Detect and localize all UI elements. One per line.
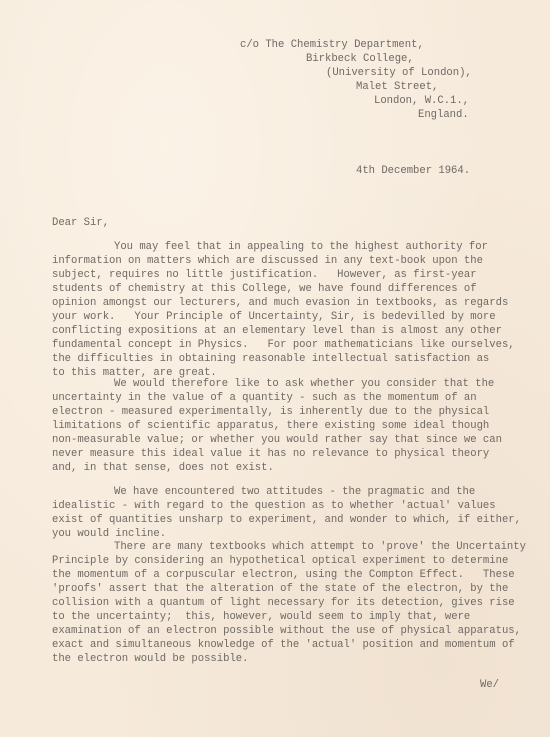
paragraph-line: the electron would be possible. bbox=[52, 653, 248, 666]
paragraph-line: We would therefore like to ask whether y… bbox=[114, 378, 494, 391]
paragraph-line: non-measurable value; or whether you wou… bbox=[52, 434, 502, 447]
paragraph-line: you would incline. bbox=[52, 528, 166, 541]
paragraph-line: You may feel that in appealing to the hi… bbox=[114, 241, 488, 254]
paragraph-line: electron - measured experimentally, is i… bbox=[52, 406, 489, 419]
paragraph-line: exact and simultaneous knowledge of the … bbox=[52, 639, 515, 652]
paragraph-line: examination of an electron possible with… bbox=[52, 625, 521, 638]
letter-date: 4th December 1964. bbox=[356, 165, 470, 178]
address-line: Birkbeck College, bbox=[306, 53, 414, 66]
address-line: London, W.C.1., bbox=[374, 95, 469, 108]
paragraph-line: to the uncertainty; this, however, would… bbox=[52, 611, 470, 624]
paragraph-line: fundamental concept in Physics. For poor… bbox=[52, 339, 515, 352]
paragraph-line: subject, requires no little justificatio… bbox=[52, 269, 477, 282]
address-line: (University of London), bbox=[326, 67, 472, 80]
paragraph-line: opinion amongst our lecturers, and much … bbox=[52, 297, 508, 310]
paragraph-line: We have encountered two attitudes - the … bbox=[114, 486, 475, 499]
continuation-mark: We/ bbox=[480, 679, 499, 692]
address-line: Malet Street, bbox=[356, 81, 438, 94]
paragraph-line: There are many textbooks which attempt t… bbox=[114, 541, 526, 554]
paragraph-line: information on matters which are discuss… bbox=[52, 255, 483, 268]
paragraph-line: and, in that sense, does not exist. bbox=[52, 462, 274, 475]
paragraph-line: students of chemistry at this College, w… bbox=[52, 283, 477, 296]
paragraph-line: collision with a quantum of light necess… bbox=[52, 597, 515, 610]
address-line: c/o The Chemistry Department, bbox=[240, 39, 424, 52]
paragraph-line: idealistic - with regard to the question… bbox=[52, 500, 496, 513]
address-line: England. bbox=[418, 109, 469, 122]
paragraph-line: uncertainty in the value of a quantity -… bbox=[52, 392, 477, 405]
paragraph-line: conflicting expositions at an elementary… bbox=[52, 325, 502, 338]
paragraph-line: the momentum of a corpuscular electron, … bbox=[52, 569, 515, 582]
paragraph-line: limitations of scientific apparatus, the… bbox=[52, 420, 489, 433]
paragraph-line: 'proofs' assert that the alteration of t… bbox=[52, 583, 508, 596]
paragraph-line: never measure this ideal value it has no… bbox=[52, 448, 489, 461]
salutation: Dear Sir, bbox=[52, 217, 109, 230]
paragraph-line: the difficulties in obtaining reasonable… bbox=[52, 353, 489, 366]
paragraph-line: Principle by considering an hypothetical… bbox=[52, 555, 508, 568]
paragraph-line: exist of quantities unsharp to experimen… bbox=[52, 514, 521, 527]
paragraph-line: your work. Your Principle of Uncertainty… bbox=[52, 311, 496, 324]
letter-page: c/o The Chemistry Department, Birkbeck C… bbox=[0, 0, 550, 737]
